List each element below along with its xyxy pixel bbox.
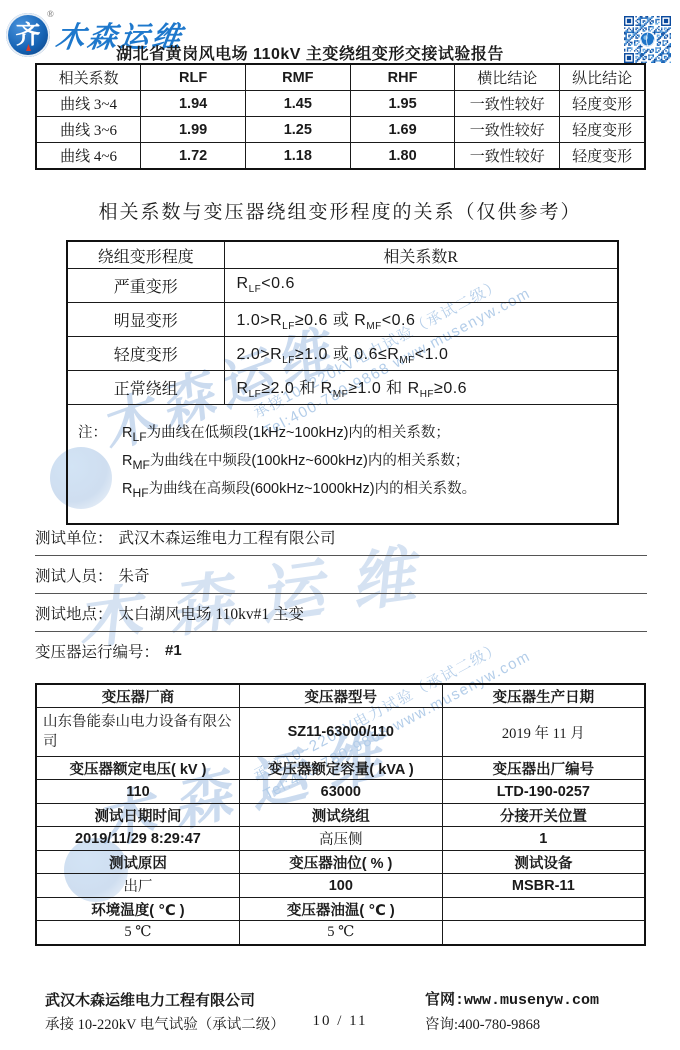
header-cell: 测试原因 <box>36 851 239 874</box>
note-row: 注：RLF为曲线在低频段(1kHz~100kHz)内的相关系数；RMF为曲线在中… <box>67 405 618 524</box>
header-cell: 变压器额定容量( kVA ) <box>239 757 442 780</box>
note-line: RMF为曲线在中频段(100kHz~600kHz)内的相关系数； <box>122 449 476 477</box>
table-row: 正常绕组RLF≥2.0 和 RMF≥1.0 和 RHF≥0.6 <box>67 371 618 405</box>
header-cell: 变压器油温( ℃ ) <box>239 898 442 921</box>
table-cell: 一致性较好 <box>455 117 560 143</box>
table-header-row: 测试原因变压器油位( % )测试设备 <box>36 851 645 874</box>
coefficients-table-head: 相关系数RLFRMFRHF横比结论纵比结论 <box>36 64 645 91</box>
info-line: 测试人员：朱奇 <box>35 556 647 594</box>
header-cell: 变压器生产日期 <box>442 684 645 708</box>
table-cell: 山东鲁能泰山电力设备有限公司 <box>36 708 239 757</box>
criteria-cell: 2.0>RLF≥1.0 或 0.6≤RMF<1.0 <box>224 337 618 371</box>
table-row: 曲线 3~61.991.251.69一致性较好轻度变形 <box>36 117 645 143</box>
table-cell: 5 ℃ <box>36 921 239 946</box>
footer-tagline: 承接 10-220kV 电气试验（承试二级） <box>45 1013 285 1034</box>
table-cell: 一致性较好 <box>455 143 560 170</box>
footer-website: 官网:www.musenyw.com <box>425 988 599 1009</box>
header-cell: 变压器出厂编号 <box>442 757 645 780</box>
table-cell: 1.72 <box>141 143 246 170</box>
info-line: 测试单位：武汉木森运维电力工程有限公司 <box>35 518 647 556</box>
relation-table-body: 严重变形RLF<0.6明显变形1.0>RLF≥0.6 或 RMF<0.6轻度变形… <box>67 269 618 524</box>
header-cell: 绕组变形程度 <box>67 241 224 269</box>
table-header-row: 测试日期时间测试绕组分接开关位置 <box>36 804 645 827</box>
info-value: 太白湖风电场 110kv#1 主变 <box>119 602 304 624</box>
relation-table: 绕组变形程度相关系数R 严重变形RLF<0.6明显变形1.0>RLF≥0.6 或… <box>66 240 619 525</box>
table-cell: 1.80 <box>350 143 455 170</box>
table-cell: 1.95 <box>350 91 455 117</box>
header-cell: 变压器厂商 <box>36 684 239 708</box>
table-cell: 1.99 <box>141 117 246 143</box>
test-info-block: 测试单位：武汉木森运维电力工程有限公司测试人员：朱奇测试地点：太白湖风电场 11… <box>35 518 647 669</box>
note-label: 注： <box>78 421 122 505</box>
table-cell: SZ11-63000/110 <box>239 708 442 757</box>
header-cell: 测试设备 <box>442 851 645 874</box>
header-cell: 变压器油位( % ) <box>239 851 442 874</box>
table-cell: 1.94 <box>141 91 246 117</box>
table-cell: 1.69 <box>350 117 455 143</box>
header-cell: 相关系数R <box>224 241 618 269</box>
table-cell: 1 <box>442 827 645 851</box>
table-cell: LTD-190-0257 <box>442 780 645 804</box>
table-cell: 2019 年 11 月 <box>442 708 645 757</box>
table-cell: 1.18 <box>245 143 350 170</box>
table-cell: 曲线 3~6 <box>36 117 141 143</box>
table-header-row: 环境温度( ℃ )变压器油温( ℃ ) <box>36 898 645 921</box>
header-cell: 横比结论 <box>455 64 560 91</box>
registered-trademark-mark: ® <box>47 9 54 19</box>
table-cell: 1.25 <box>245 117 350 143</box>
info-label: 变压器运行编号： <box>35 640 159 662</box>
transformer-table: 变压器厂商变压器型号变压器生产日期山东鲁能泰山电力设备有限公司SZ11-6300… <box>35 683 646 946</box>
info-value: 朱奇 <box>119 564 150 586</box>
table-row: 曲线 3~41.941.451.95一致性较好轻度变形 <box>36 91 645 117</box>
table-cell: 63000 <box>239 780 442 804</box>
header-cell <box>442 898 645 921</box>
table-cell: 110 <box>36 780 239 804</box>
info-label: 测试单位： <box>35 526 113 548</box>
deformation-level-cell: 轻度变形 <box>67 337 224 371</box>
deformation-level-cell: 正常绕组 <box>67 371 224 405</box>
header-cell: 相关系数 <box>36 64 141 91</box>
header-cell: 分接开关位置 <box>442 804 645 827</box>
relation-table-head: 绕组变形程度相关系数R <box>67 241 618 269</box>
section-title: 相关系数与变压器绕组变形程度的关系（仅供参考） <box>0 197 680 224</box>
note-cell: 注：RLF为曲线在低频段(1kHz~100kHz)内的相关系数；RMF为曲线在中… <box>67 405 618 524</box>
info-value: 武汉木森运维电力工程有限公司 <box>119 526 336 548</box>
table-cell <box>442 921 645 946</box>
table-cell: 轻度变形 <box>560 143 645 170</box>
header-cell: RMF <box>245 64 350 91</box>
table-row: 明显变形1.0>RLF≥0.6 或 RMF<0.6 <box>67 303 618 337</box>
note-line: RLF为曲线在低频段(1kHz~100kHz)内的相关系数； <box>122 421 476 449</box>
header-cell: 变压器型号 <box>239 684 442 708</box>
table-cell: 轻度变形 <box>560 91 645 117</box>
table-cell: 高压侧 <box>239 827 442 851</box>
table-cell: 2019/11/29 8:29:47 <box>36 827 239 851</box>
deformation-level-cell: 严重变形 <box>67 269 224 303</box>
deformation-level-cell: 明显变形 <box>67 303 224 337</box>
table-header-row: 变压器额定电压( kV )变压器额定容量( kVA )变压器出厂编号 <box>36 757 645 780</box>
qr-code <box>624 16 671 63</box>
table-row: 山东鲁能泰山电力设备有限公司SZ11-63000/1102019 年 11 月 <box>36 708 645 757</box>
page-number: 10 / 11 <box>285 1013 395 1030</box>
table-cell: MSBR-11 <box>442 874 645 898</box>
page-title: 湖北省黄岗风电场 110kV 主变绕组变形交接试验报告 <box>35 41 585 64</box>
table-row: 11063000LTD-190-0257 <box>36 780 645 804</box>
table-row: 2019/11/29 8:29:47高压侧1 <box>36 827 645 851</box>
table-cell: 曲线 4~6 <box>36 143 141 170</box>
table-cell: 出厂 <box>36 874 239 898</box>
criteria-cell: 1.0>RLF≥0.6 或 RMF<0.6 <box>224 303 618 337</box>
table-cell: 5 ℃ <box>239 921 442 946</box>
header-cell: 测试日期时间 <box>36 804 239 827</box>
footer-company: 武汉木森运维电力工程有限公司 <box>45 989 255 1010</box>
info-line: 变压器运行编号：#1 <box>35 632 647 669</box>
info-value: #1 <box>165 642 182 659</box>
criteria-cell: RLF≥2.0 和 RMF≥1.0 和 RHF≥0.6 <box>224 371 618 405</box>
header-cell: RHF <box>350 64 455 91</box>
transformer-table-body: 变压器厂商变压器型号变压器生产日期山东鲁能泰山电力设备有限公司SZ11-6300… <box>36 684 645 945</box>
table-cell: 100 <box>239 874 442 898</box>
table-cell: 轻度变形 <box>560 117 645 143</box>
header-cell: 环境温度( ℃ ) <box>36 898 239 921</box>
criteria-cell: RLF<0.6 <box>224 269 618 303</box>
info-label: 测试人员： <box>35 564 113 586</box>
table-row: 严重变形RLF<0.6 <box>67 269 618 303</box>
table-cell: 1.45 <box>245 91 350 117</box>
header-cell: RLF <box>141 64 246 91</box>
info-line: 测试地点：太白湖风电场 110kv#1 主变 <box>35 594 647 632</box>
info-label: 测试地点： <box>35 602 113 624</box>
header-cell: 纵比结论 <box>560 64 645 91</box>
table-row: 出厂100MSBR-11 <box>36 874 645 898</box>
note-line: RHF为曲线在高频段(600kHz~1000kHz)内的相关系数。 <box>122 477 476 505</box>
table-row: 曲线 4~61.721.181.80一致性较好轻度变形 <box>36 143 645 170</box>
footer-phone: 咨询:400-780-9868 <box>425 1013 540 1034</box>
table-row: 5 ℃5 ℃ <box>36 921 645 946</box>
coefficients-table: 相关系数RLFRMFRHF横比结论纵比结论 曲线 3~41.941.451.95… <box>35 63 646 170</box>
table-row: 轻度变形2.0>RLF≥1.0 或 0.6≤RMF<1.0 <box>67 337 618 371</box>
header-cell: 变压器额定电压( kV ) <box>36 757 239 780</box>
table-cell: 一致性较好 <box>455 91 560 117</box>
header-cell: 测试绕组 <box>239 804 442 827</box>
table-cell: 曲线 3~4 <box>36 91 141 117</box>
coefficients-table-body: 曲线 3~41.941.451.95一致性较好轻度变形曲线 3~61.991.2… <box>36 91 645 170</box>
table-header-row: 变压器厂商变压器型号变压器生产日期 <box>36 684 645 708</box>
